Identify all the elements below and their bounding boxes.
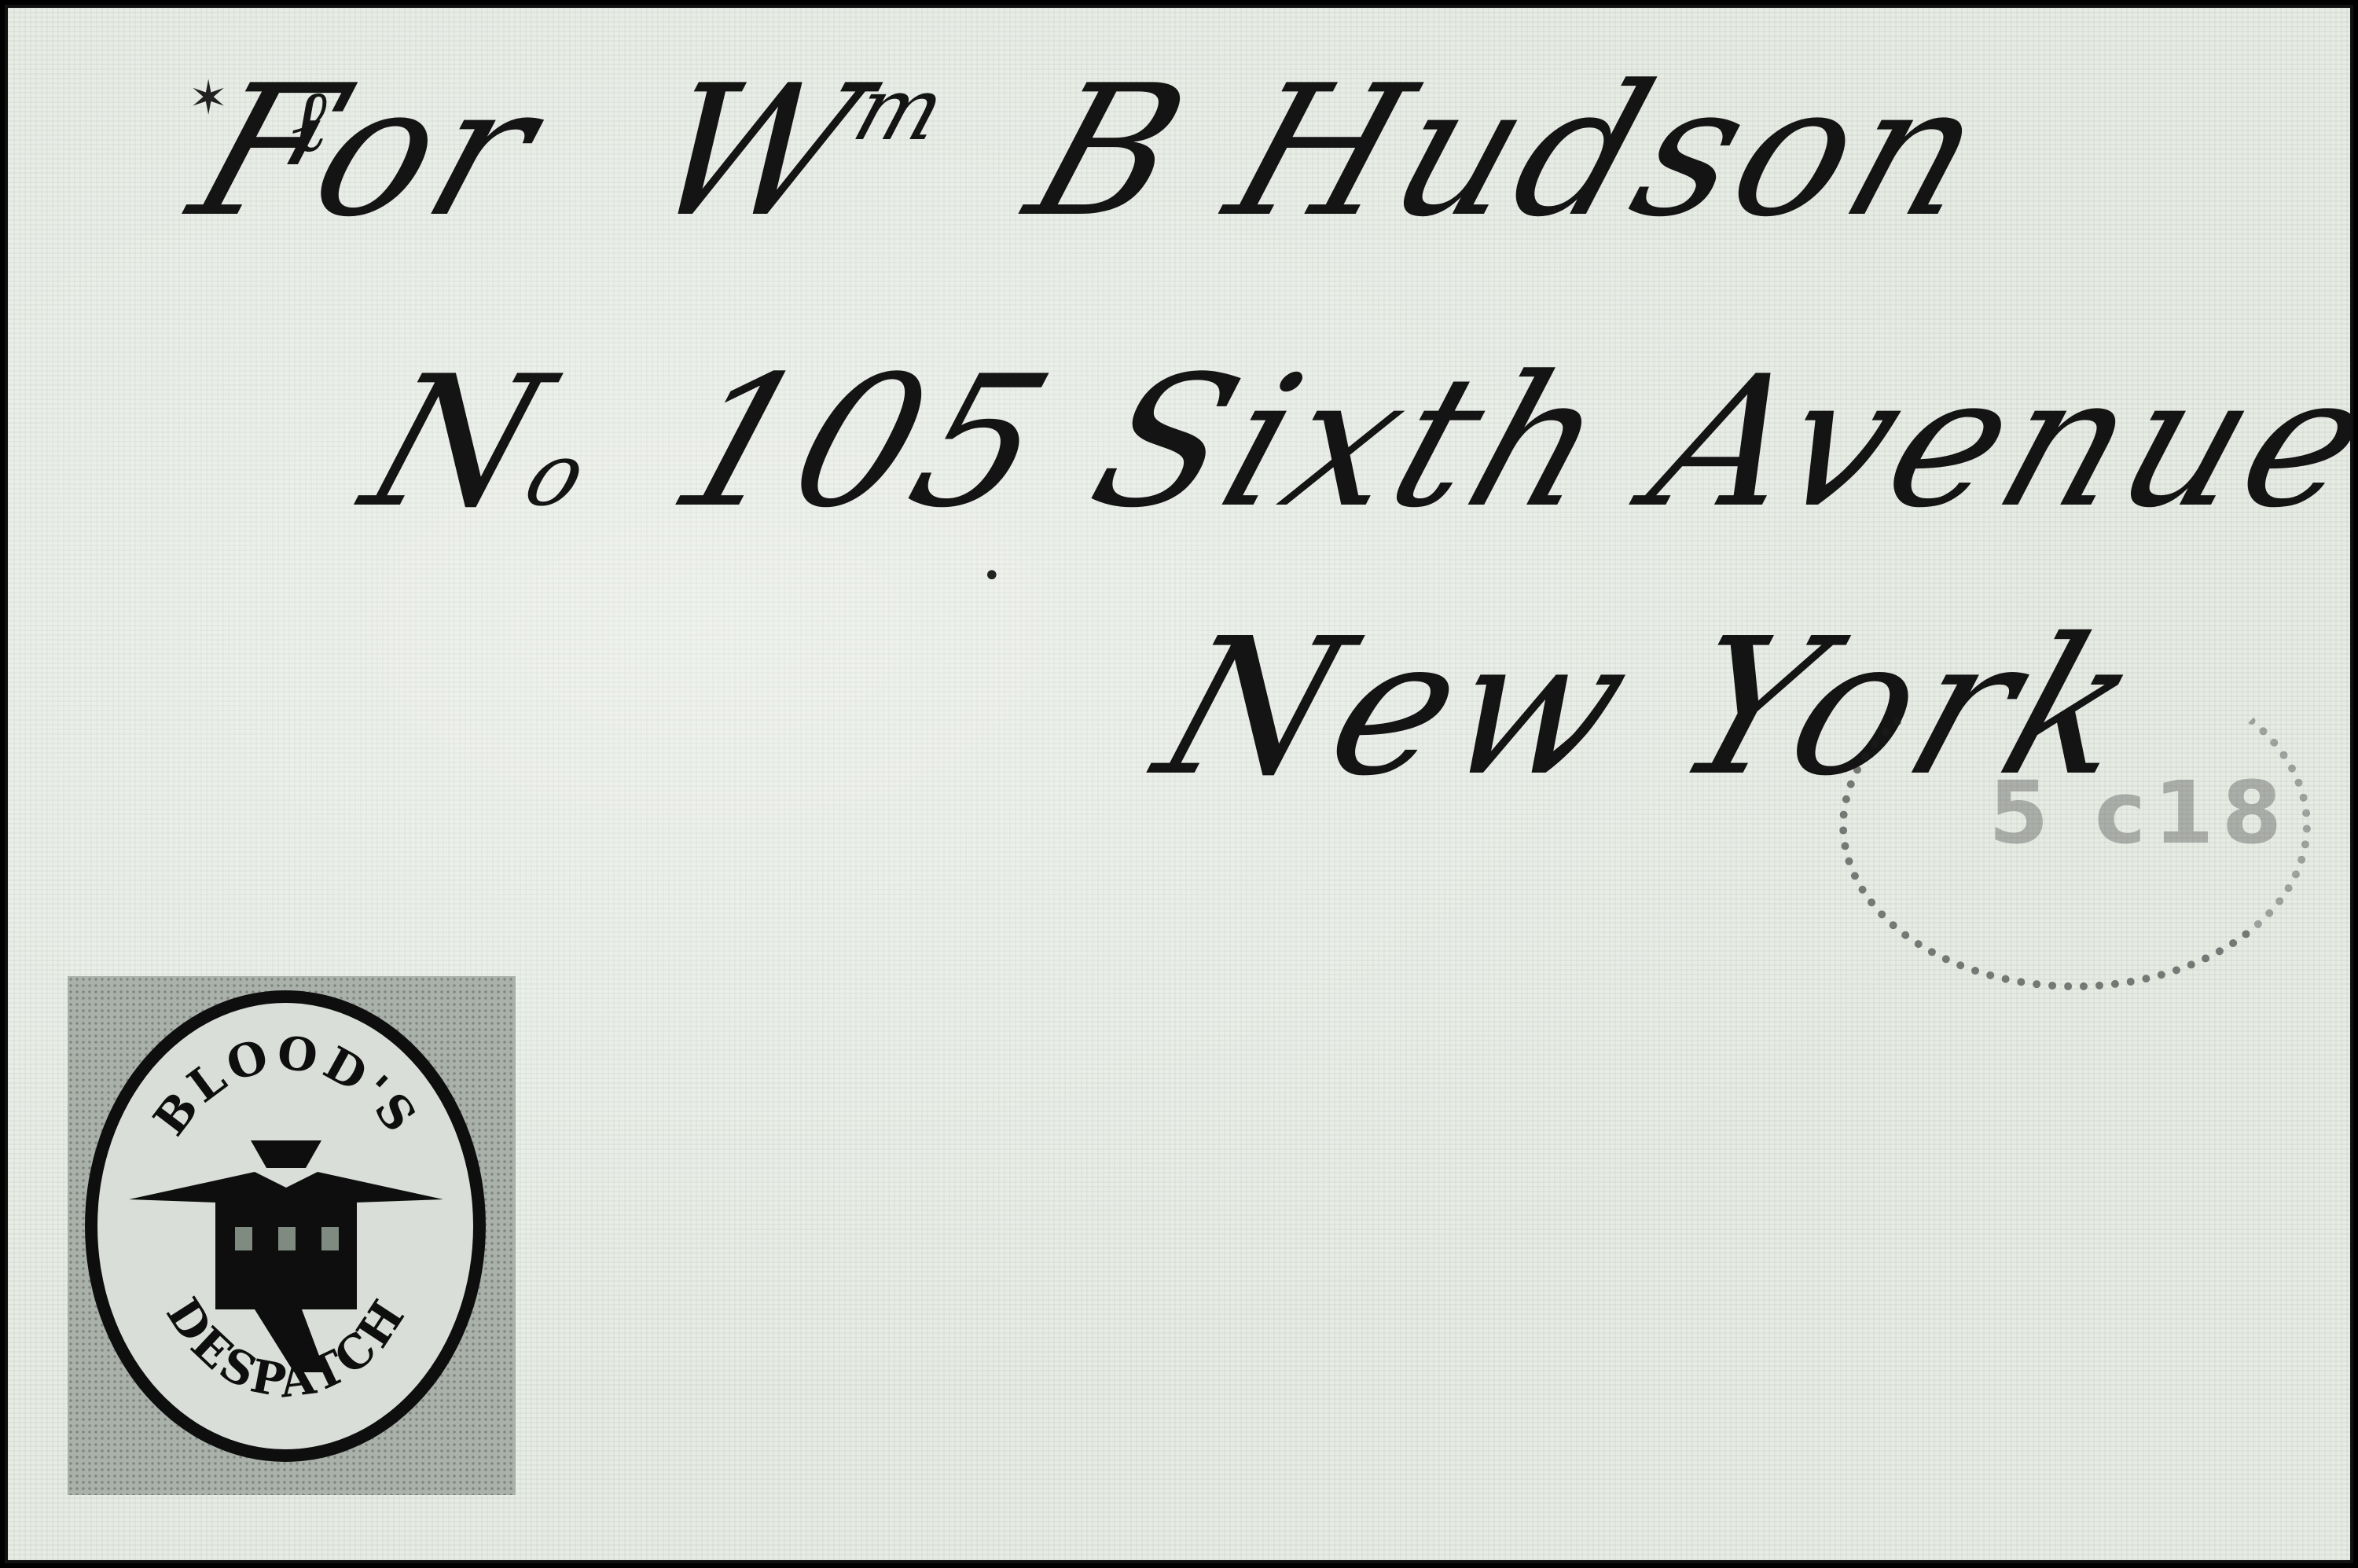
envelope-cover: ℓ For Wm B Hudson No 105 Sixth Avenue Ne…	[5, 5, 2353, 1563]
address-line-1: For Wm B Hudson	[171, 47, 2011, 257]
address-line-2: No 105 Sixth Avenue	[343, 338, 2353, 548]
ink-speck: ✶	[189, 71, 228, 126]
svg-text:BLOOD'S: BLOOD'S	[143, 1026, 429, 1145]
addressee-name: B Hudson	[1007, 47, 2011, 257]
street-address: 105 Sixth Avenue	[648, 338, 2353, 548]
postmark-text: 5 c18	[1989, 762, 2290, 863]
ink-speck: •	[982, 558, 1001, 594]
bloods-despatch-stamp: BLOOD'S DESPATCH	[68, 976, 516, 1495]
address-prefix-for: For	[171, 47, 564, 257]
stamp-emblem-icon: BLOOD'S DESPATCH	[97, 1003, 473, 1449]
stamp-oval-frame: BLOOD'S DESPATCH	[85, 990, 486, 1462]
stamp-top-text: BLOOD'S	[143, 1026, 429, 1145]
